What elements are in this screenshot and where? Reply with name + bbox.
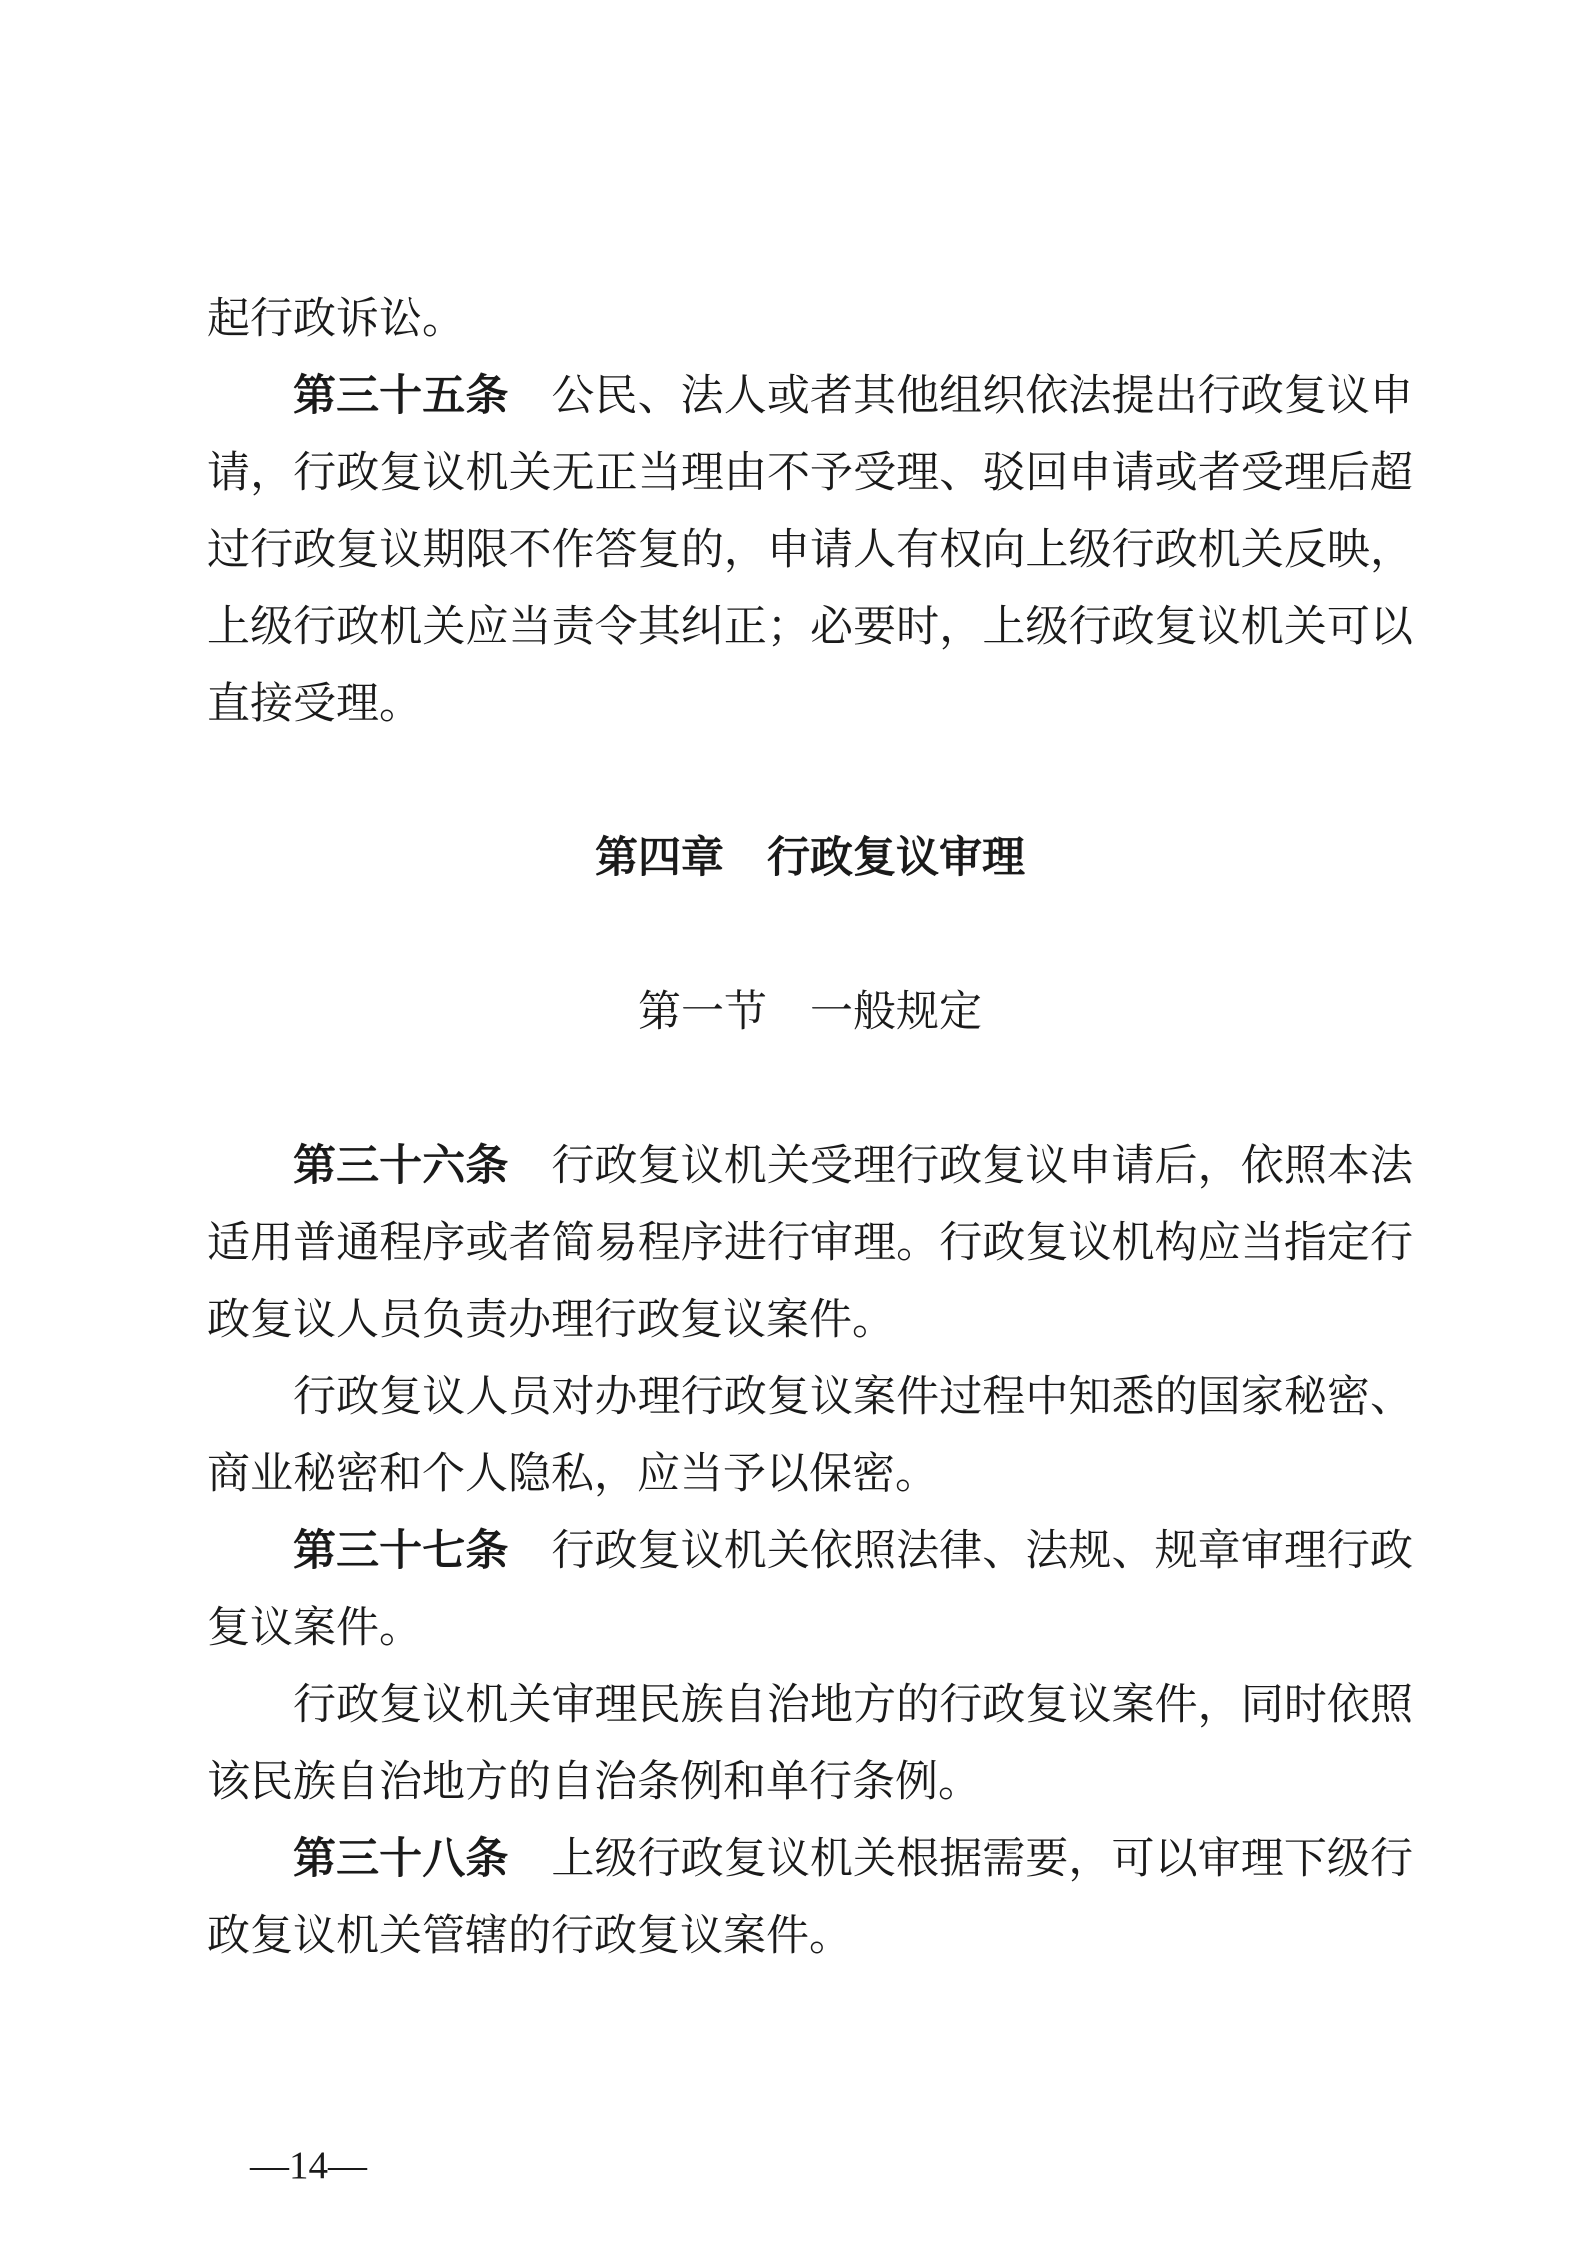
article-38-number: 第三十八条 [293, 1835, 508, 1883]
section-heading: 第一节 一般规定 [207, 974, 1413, 1051]
article-36-paragraph-2: 行政复议人员对办理行政复议案件过程中知悉的国家秘密、商业秘密和个人隐私，应当予以… [207, 1359, 1413, 1513]
article-37-paragraph: 第三十七条行政复议机关依照法律、法规、规章审理行政复议案件。 [207, 1513, 1413, 1667]
article-36-paragraph: 第三十六条行政复议机关受理行政复议申请后，依照本法适用普通程序或者简易程序进行审… [207, 1128, 1413, 1359]
article-36-number: 第三十六条 [293, 1142, 508, 1190]
article-38-paragraph: 第三十八条上级行政复议机关根据需要，可以审理下级行政复议机关管辖的行政复议案件。 [207, 1821, 1413, 1975]
article-35-number: 第三十五条 [293, 372, 508, 420]
document-body: 起行政诉讼。 第三十五条公民、法人或者其他组织依法提出行政复议申请，行政复议机关… [207, 281, 1413, 1975]
article-37-paragraph-2: 行政复议机关审理民族自治地方的行政复议案件，同时依照该民族自治地方的自治条例和单… [207, 1667, 1413, 1821]
page-number: —14— [250, 2143, 367, 2189]
article-37-number: 第三十七条 [293, 1527, 508, 1575]
document-page: 起行政诉讼。 第三十五条公民、法人或者其他组织依法提出行政复议申请，行政复议机关… [0, 0, 1587, 2245]
chapter-heading: 第四章 行政复议审理 [207, 820, 1413, 897]
continuation-paragraph: 起行政诉讼。 [207, 281, 1413, 358]
article-35-paragraph: 第三十五条公民、法人或者其他组织依法提出行政复议申请，行政复议机关无正当理由不予… [207, 358, 1413, 743]
article-35-text: 公民、法人或者其他组织依法提出行政复议申请，行政复议机关无正当理由不予受理、驳回… [207, 373, 1413, 728]
